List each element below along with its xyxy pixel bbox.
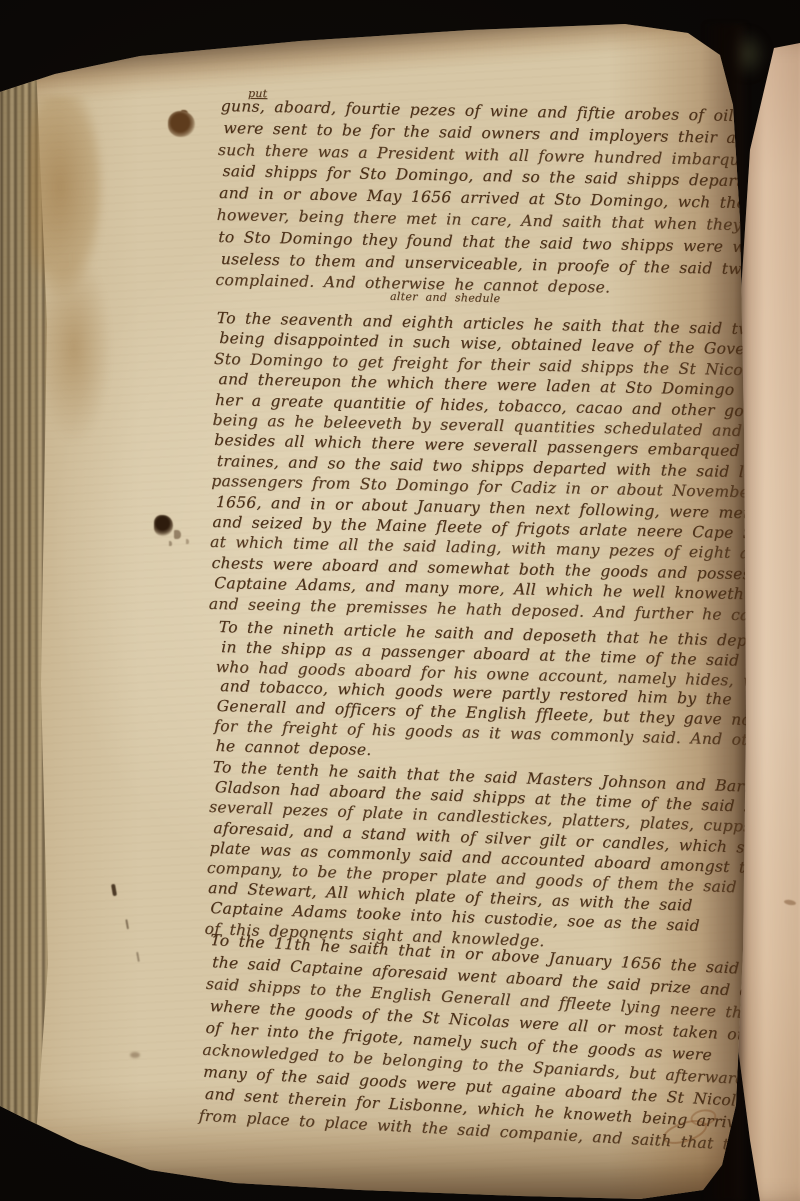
paragraph-2: To the seaventh and eighth articles he s… bbox=[211, 308, 797, 626]
manuscript-page: put alter and shedule guns, aboard, four… bbox=[0, 0, 748, 1201]
paragraph-4: To the tenth he saith that the said Mast… bbox=[206, 757, 792, 960]
ink-spot bbox=[154, 515, 173, 536]
paragraph-5: To the 11th he saith that in or above Ja… bbox=[200, 929, 790, 1158]
paragraph-3: To the nineth article he saith and depos… bbox=[215, 618, 798, 772]
faint-spot bbox=[130, 1052, 140, 1058]
ink-blot bbox=[168, 111, 195, 137]
photograph-background: put alter and shedule guns, aboard, four… bbox=[0, 0, 800, 1201]
paragraph-1: guns, aboard, fourtie pezes of wine and … bbox=[217, 96, 800, 303]
